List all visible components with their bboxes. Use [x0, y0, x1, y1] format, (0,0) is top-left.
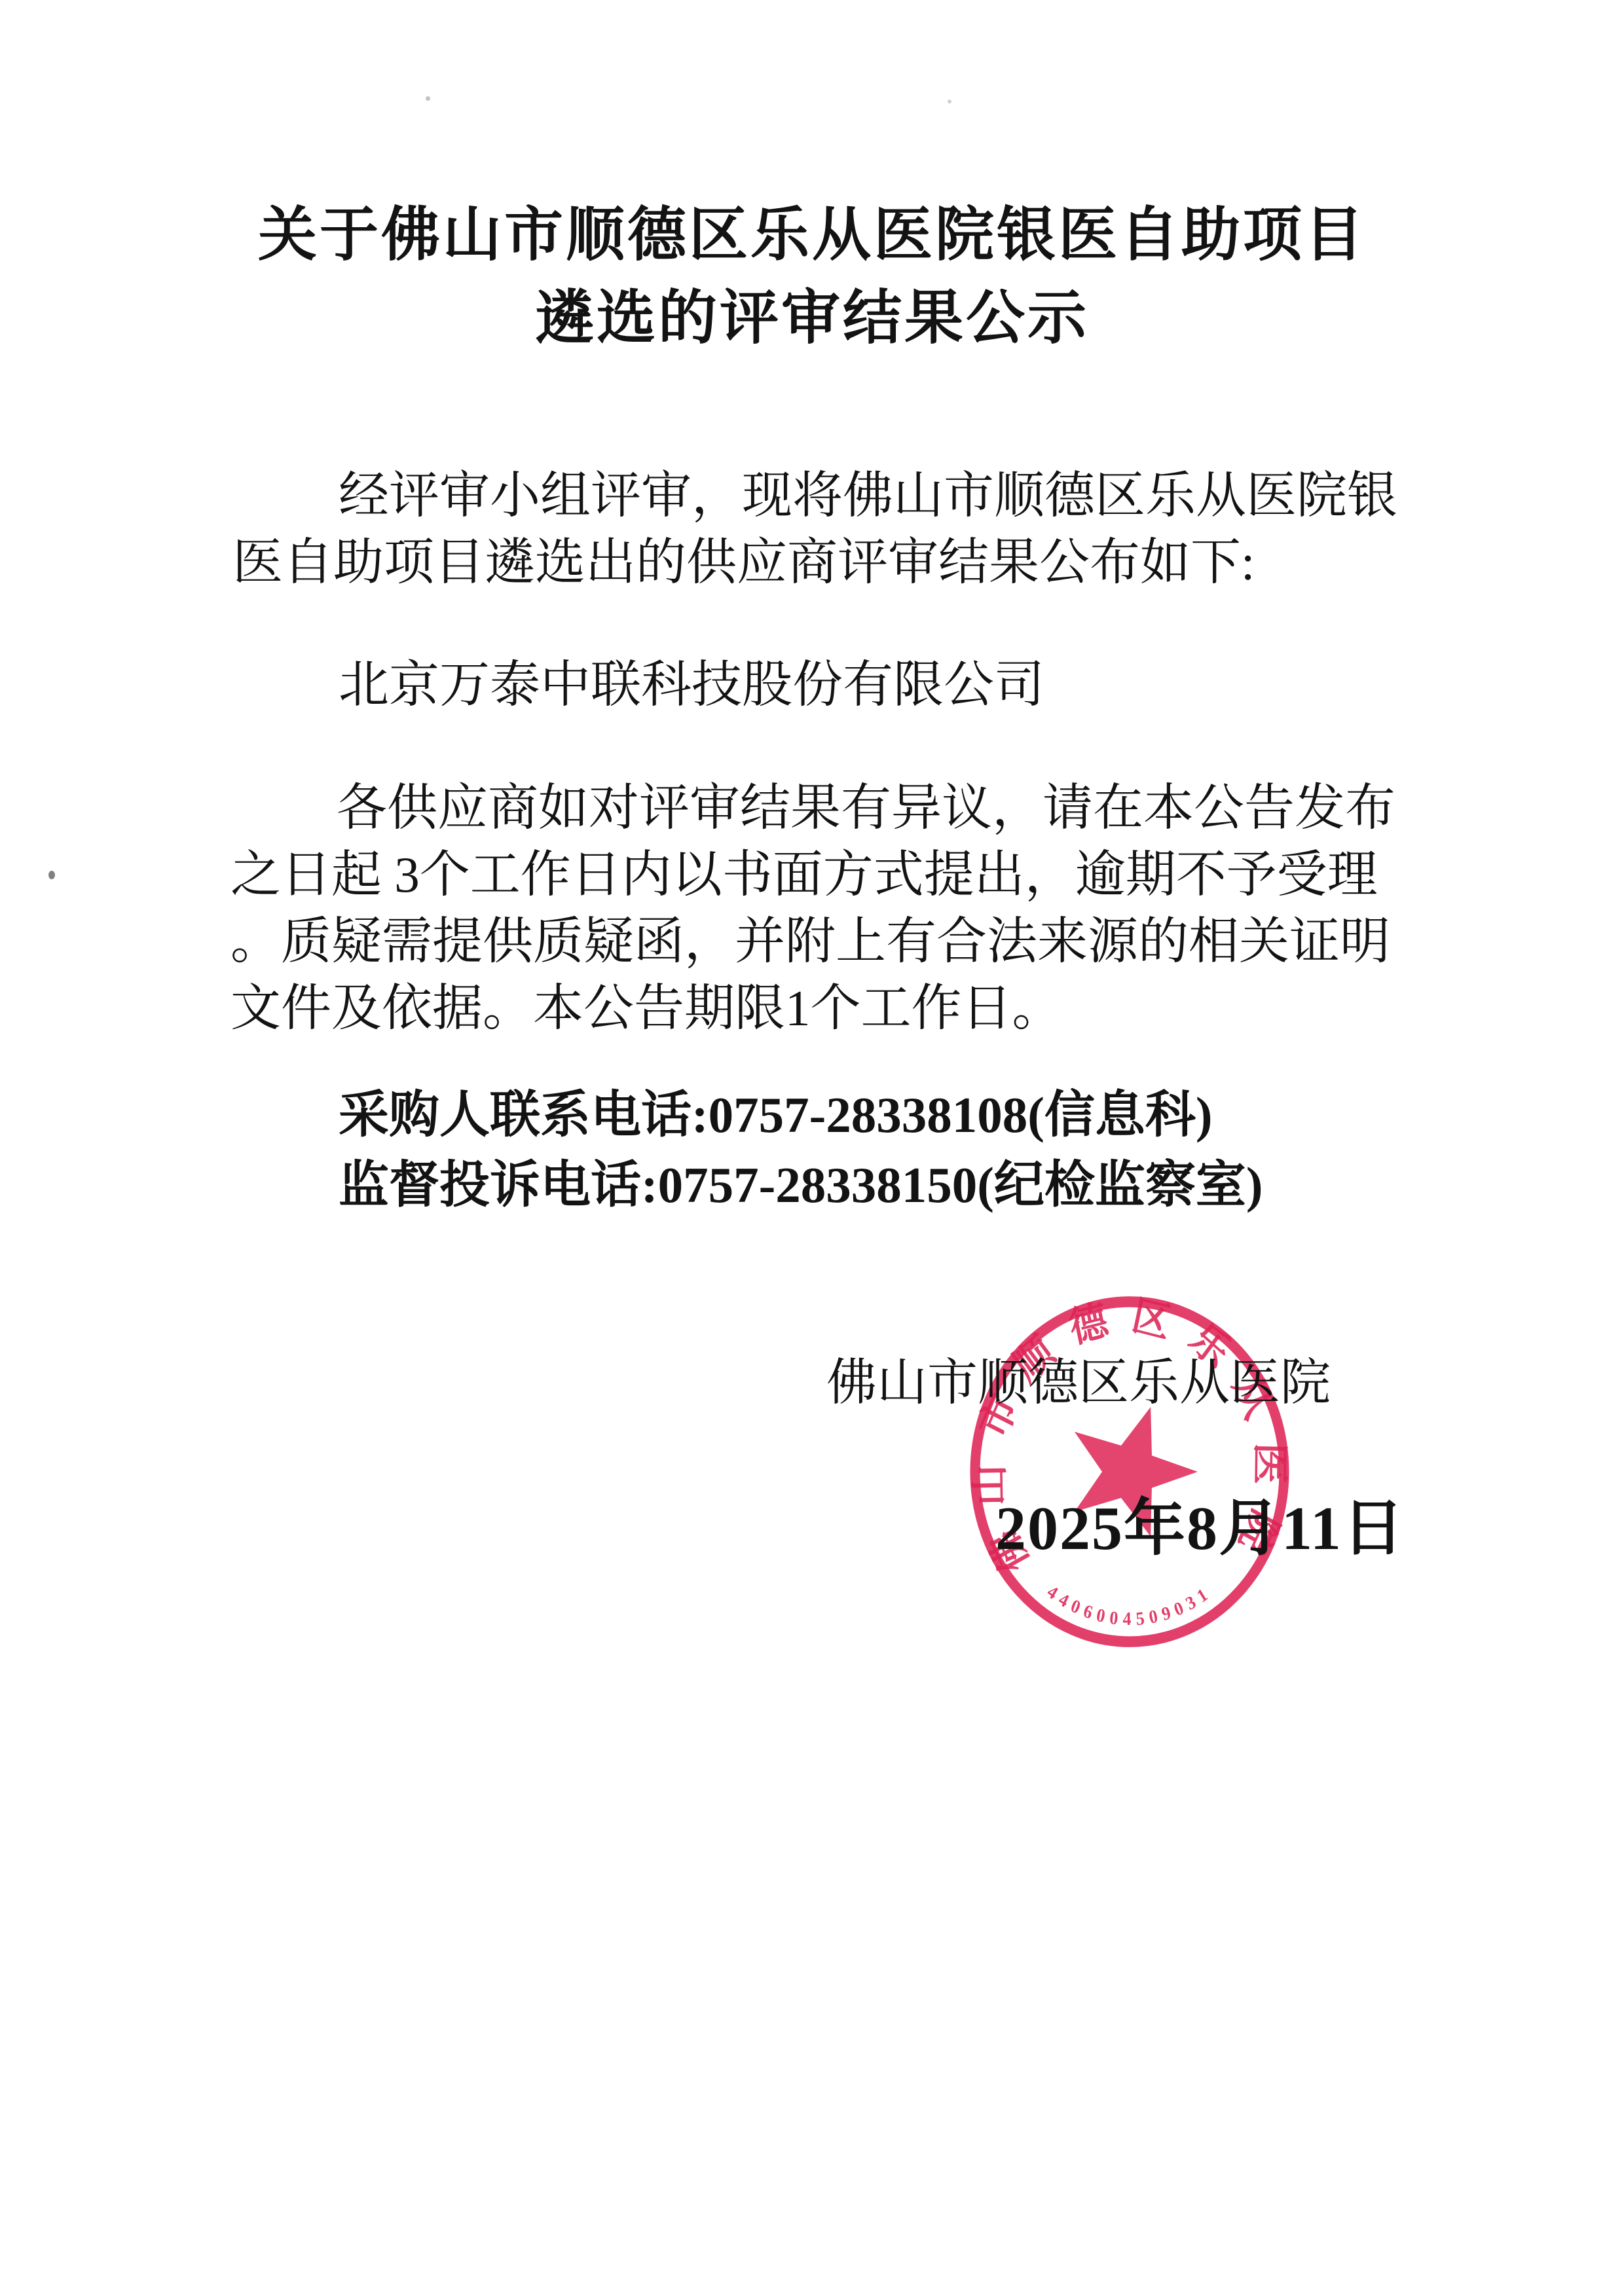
title-line-2: 遴选的评审结果公示	[0, 277, 1624, 360]
scan-artifact-dot	[48, 871, 55, 879]
document-title: 关于佛山市顺德区乐从医院银医自助项目 遴选的评审结果公示	[0, 194, 1624, 360]
paragraph-intro: 经评审小组评审，现将佛山市顺德区乐从医院银 医自助项目遴选出的供应商评审结果公布…	[232, 462, 1397, 596]
paragraph-objection-line-3: 。质疑需提供质疑函，并附上有合法来源的相关证明	[231, 908, 1395, 975]
paragraph-objection-line-1: 各供应商如对评审结果有异议，请在本公告发布	[231, 774, 1395, 841]
stamp-code-text: 4406004509031	[1044, 1581, 1215, 1629]
document-page: 佛山市顺德区乐从医院 4406004509031 关于佛山市顺德区乐从医院银医自…	[0, 0, 1624, 2296]
title-line-1: 关于佛山市顺德区乐从医院银医自助项目	[0, 194, 1624, 277]
supervision-phone-line: 监督投诉电话:0757-28338150(纪检监察室)	[232, 1150, 1263, 1220]
paragraph-intro-line-1: 经评审小组评审，现将佛山市顺德区乐从医院银	[232, 462, 1397, 529]
selected-supplier: 北京万泰中联科技股份有限公司	[232, 651, 1044, 718]
issue-date: 2025年8月11日	[995, 1478, 1405, 1567]
supplier-name: 北京万泰中联科技股份有限公司	[232, 651, 1044, 718]
paragraph-intro-line-2: 医自助项目遴选出的供应商评审结果公布如下:	[232, 529, 1397, 596]
paragraph-objection-line-2: 之日起 3个工作日内以书面方式提出，逾期不予受理	[231, 841, 1395, 908]
issuer-signature: 佛山市顺德区乐从医院	[826, 1342, 1331, 1415]
contact-info: 采购人联系电话:0757-28338108(信息科) 监督投诉电话:0757-2…	[232, 1080, 1263, 1220]
svg-text:4406004509031: 4406004509031	[1044, 1581, 1215, 1629]
paragraph-objection-line-4: 文件及依据。本公告期限1个工作日。	[231, 975, 1395, 1042]
scan-artifact-dot	[426, 96, 430, 101]
paragraph-objection: 各供应商如对评审结果有异议，请在本公告发布 之日起 3个工作日内以书面方式提出，…	[231, 774, 1395, 1042]
purchaser-phone-line: 采购人联系电话:0757-28338108(信息科)	[232, 1080, 1263, 1150]
scan-artifact-dot	[948, 100, 951, 103]
